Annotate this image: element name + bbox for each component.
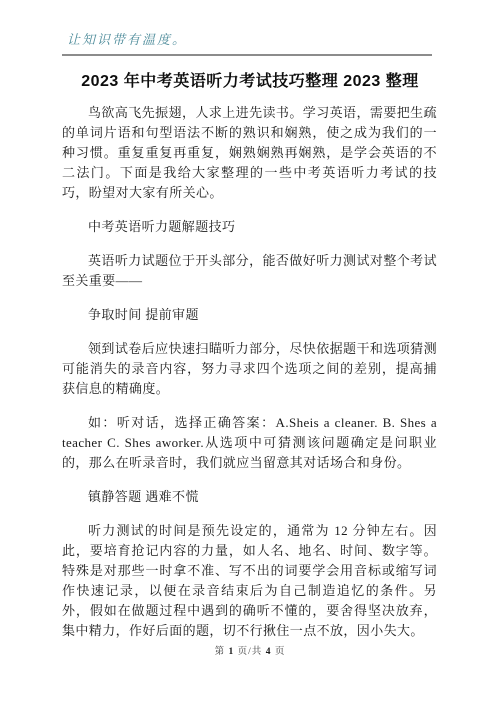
document-page: 让知识带有温度。 2023 年中考英语听力考试技巧整理 2023 整理 鸟欲高飞…: [0, 0, 500, 707]
header-slogan: 让知识带有温度。: [67, 29, 187, 48]
section-heading-techniques: 中考英语听力题解题技巧: [62, 217, 437, 237]
document-title: 2023 年中考英语听力考试技巧整理 2023 整理: [55, 68, 445, 91]
footer-prefix: 第: [215, 647, 229, 657]
paragraph-test-time: 听力测试的时间是预先设定的，通常为 12 分钟左右。因此，要培育抢记内容的力量，…: [62, 521, 437, 641]
footer-middle: 页/共: [234, 647, 265, 657]
paragraph-importance: 英语听力试题位于开头部分，能否做好听力测试对整个考试至关重要——: [62, 251, 437, 291]
paragraph-scan-paper: 领到试卷后应快速扫瞄听力部分，尽快依据题干和选项猜测可能消失的录音内容，努力寻求…: [62, 339, 437, 399]
section-heading-calm: 镇静答题 遇难不慌: [62, 487, 437, 507]
footer-suffix: 页: [271, 647, 285, 657]
section-heading-time: 争取时间 提前审题: [62, 305, 437, 325]
paragraph-intro: 鸟欲高飞先振翅，人求上进先读书。学习英语，需要把生疏的单词片语和句型语法不断的熟…: [62, 103, 437, 203]
header-divider: [62, 54, 432, 56]
page-footer: 第 1 页/共 4 页: [0, 643, 500, 657]
paragraph-example: 如：听对话，选择正确答案：A.Sheis a cleaner. B. Shes …: [62, 413, 437, 473]
document-body: 鸟欲高飞先振翅，人求上进先读书。学习英语，需要把生疏的单词片语和句型语法不断的熟…: [62, 103, 437, 655]
